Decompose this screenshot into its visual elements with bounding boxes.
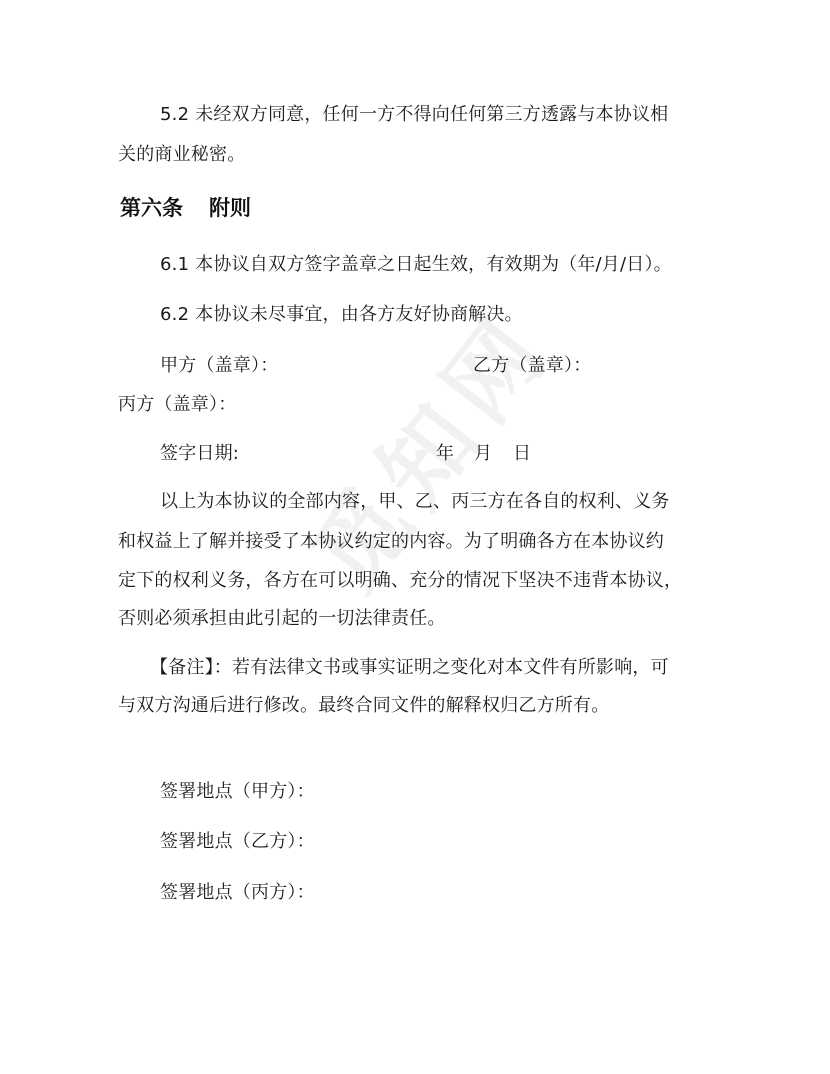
- clause-6-2: 6.2 本协议未尽事宜，由各方友好协商解决。: [160, 303, 523, 327]
- signing-location-party-c: 签署地点（丙方）：: [160, 881, 315, 905]
- party-a-seal-label: 甲方（盖章）：: [160, 354, 278, 378]
- clause-5-2-line-1: 5.2 未经双方同意，任何一方不得向任何第三方透露与本协议相: [160, 103, 668, 127]
- article-6-title: 附则: [209, 196, 251, 220]
- clause-6-1: 6.1 本协议自双方签字盖章之日起生效，有效期为（年/月/日）。: [160, 253, 672, 277]
- closing-paragraph-line-4: 否则必须承担由此引起的一切法律责任。: [118, 607, 446, 631]
- party-b-seal-label: 乙方（盖章）：: [473, 354, 591, 378]
- sign-date-year: 年: [436, 442, 454, 466]
- watermark: 觅知网: [277, 280, 577, 612]
- article-6-number: 第六条: [120, 196, 183, 220]
- remark-line-2: 与双方沟通后进行修改。最终合同文件的解释权归乙方所有。: [118, 694, 609, 718]
- sign-date-month: 月: [474, 442, 492, 466]
- signing-location-party-a: 签署地点（甲方）：: [160, 780, 315, 804]
- closing-paragraph-line-1: 以上为本协议的全部内容，甲、乙、丙三方在各自的权利、义务: [160, 490, 670, 514]
- closing-paragraph-line-3: 定下的权利义务，各方在可以明确、充分的情况下坚决不违背本协议，: [118, 569, 682, 593]
- closing-paragraph-line-2: 和权益上了解并接受了本协议约定的内容。为了明确各方在本协议约: [118, 530, 664, 554]
- document-page: 觅知网 5.2 未经双方同意，任何一方不得向任何第三方透露与本协议相 关的商业秘…: [0, 0, 830, 1074]
- party-c-seal-label: 丙方（盖章）：: [118, 393, 236, 417]
- sign-date-label: 签字日期:: [160, 442, 239, 466]
- remark-line-1: 【备注】：若有法律文书或事实证明之变化对本文件有所影响，可: [150, 656, 669, 680]
- signing-location-party-b: 签署地点（乙方）：: [160, 830, 315, 854]
- article-6-heading: 第六条附则: [120, 194, 251, 222]
- clause-5-2-line-2: 关的商业秘密。: [118, 143, 245, 167]
- sign-date-day: 日: [513, 442, 531, 466]
